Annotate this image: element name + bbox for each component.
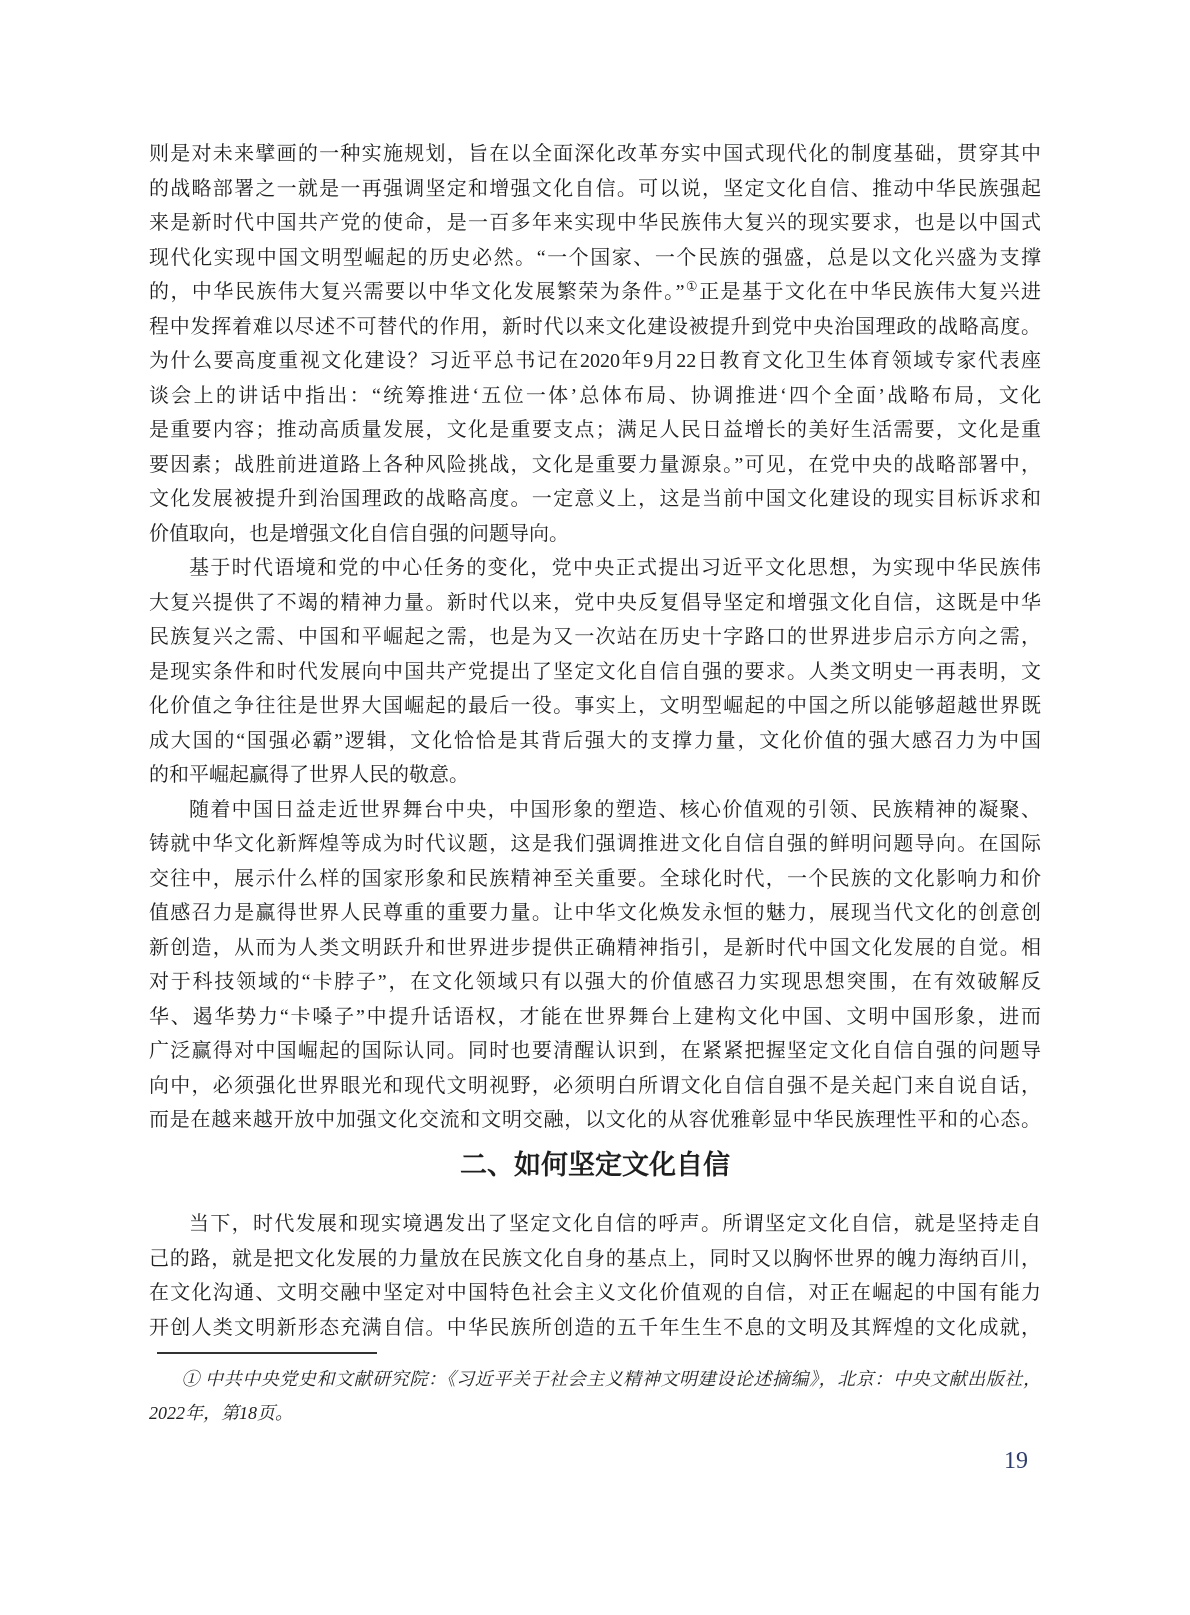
text-line: 开创人类文明新形态充满自信。中华民族所创造的五千年生生不息的文明及其辉煌的文化成… (149, 1311, 1041, 1346)
text-line: 来是新时代中国共产党的使命，是一百多年来实现中华民族伟大复兴的现实要求，也是以中… (149, 206, 1041, 241)
text-line: 广泛赢得对中国崛起的国际认同。同时也要清醒认识到，在紧紧把握坚定文化自信自强的问… (149, 1034, 1041, 1069)
text-line: 民族复兴之需、中国和平崛起之需，也是为又一次站在历史十字路口的世界进步启示方向之… (149, 620, 1041, 655)
text-line: 成大国的“国强必霸”逻辑，文化恰恰是其背后强大的支撑力量，文化价值的强大感召力为… (149, 724, 1041, 759)
body-paragraph: 则是对未来擘画的一种实施规划，旨在以全面深化改革夯实中国式现代化的制度基础，贯穿… (149, 137, 1041, 551)
document-page: 则是对未来擘画的一种实施规划，旨在以全面深化改革夯实中国式现代化的制度基础，贯穿… (0, 0, 1190, 1615)
text-line: 在文化沟通、文明交融中坚定对中国特色社会主义文化价值观的自信，对正在崛起的中国有… (149, 1276, 1041, 1311)
section-heading: 二、如何坚定文化自信 (149, 1147, 1041, 1183)
text-line: 向中，必须强化世界眼光和现代文明视野，必须明白所谓文化自信自强不是关起门来自说自… (149, 1069, 1041, 1104)
text-line: 是现实条件和时代发展向中国共产党提出了坚定文化自信自强的要求。人类文明史一再表明… (149, 655, 1041, 690)
footnote: ① 中共中央党史和文献研究院：《习近平关于社会主义精神文明建设论述摘编》，北京：… (149, 1363, 1041, 1430)
text-line: 交往中，展示什么样的国家形象和民族精神至关重要。全球化时代，一个民族的文化影响力… (149, 862, 1041, 897)
text-line: 化价值之争往往是世界大国崛起的最后一役。事实上，文明型崛起的中国之所以能够超越世… (149, 689, 1041, 724)
text-line: 值感召力是赢得世界人民尊重的重要力量。让中华文化焕发永恒的魅力，展现当代文化的创… (149, 896, 1041, 931)
text-line: 价值取向，也是增强文化自信自强的问题导向。 (149, 517, 1041, 552)
text-line: 己的路，就是把文化发展的力量放在民族文化自身的基点上，同时又以胸怀世界的魄力海纳… (149, 1242, 1041, 1277)
footnote-line: 2022年，第18页。 (149, 1397, 1041, 1431)
text-line: 新创造，从而为人类文明跃升和世界进步提供正确精神指引，是新时代中国文化发展的自觉… (149, 931, 1041, 966)
text-line: 而是在越来越开放中加强文化交流和文明交融，以文化的从容优雅彰显中华民族理性平和的… (149, 1103, 1041, 1138)
text-line: 随着中国日益走近世界舞台中央，中国形象的塑造、核心价值观的引领、民族精神的凝聚、 (149, 793, 1041, 828)
text-line: 现代化实现中国文明型崛起的历史必然。“一个国家、一个民族的强盛，总是以文化兴盛为… (149, 241, 1041, 276)
text-line: 大复兴提供了不竭的精神力量。新时代以来，党中央反复倡导坚定和增强文化自信，这既是… (149, 586, 1041, 621)
text-line: 程中发挥着难以尽述不可替代的作用，新时代以来文化建设被提升到党中央治国理政的战略… (149, 310, 1041, 345)
text-line: 的战略部署之一就是一再强调坚定和增强文化自信。可以说，坚定文化自信、推动中华民族… (149, 172, 1041, 207)
text-line: 为什么要高度重视文化建设？习近平总书记在2020年9月22日教育文化卫生体育领域… (149, 344, 1041, 379)
page-number: 19 (986, 1448, 1046, 1475)
body-paragraph: 当下，时代发展和现实境遇发出了坚定文化自信的呼声。所谓坚定文化自信，就是坚持走自… (149, 1207, 1041, 1345)
text-line: 基于时代语境和党的中心任务的变化，党中央正式提出习近平文化思想，为实现中华民族伟 (149, 551, 1041, 586)
text-line: 当下，时代发展和现实境遇发出了坚定文化自信的呼声。所谓坚定文化自信，就是坚持走自 (149, 1207, 1041, 1242)
text-line: 华、遏华势力“卡嗓子”中提升话语权，才能在世界舞台上建构文化中国、文明中国形象，… (149, 1000, 1041, 1035)
footnote-separator (157, 1352, 377, 1354)
text-line: 谈会上的讲话中指出：“统筹推进‘五位一体’总体布局、协调推进‘四个全面’战略布局… (149, 379, 1041, 414)
text-line: 要因素；战胜前进道路上各种风险挑战，文化是重要力量源泉。”可见，在党中央的战略部… (149, 448, 1041, 483)
text-line: 的和平崛起赢得了世界人民的敬意。 (149, 758, 1041, 793)
body-paragraph: 随着中国日益走近世界舞台中央，中国形象的塑造、核心价值观的引领、民族精神的凝聚、… (149, 793, 1041, 1138)
text-line: 是重要内容；推动高质量发展，文化是重要支点；满足人民日益增长的美好生活需要，文化… (149, 413, 1041, 448)
footnote-reference-marker: ① (684, 278, 699, 293)
text-line: 则是对未来擘画的一种实施规划，旨在以全面深化改革夯实中国式现代化的制度基础，贯穿… (149, 137, 1041, 172)
body-paragraph: 基于时代语境和党的中心任务的变化，党中央正式提出习近平文化思想，为实现中华民族伟… (149, 551, 1041, 793)
text-line: 铸就中华文化新辉煌等成为时代议题，这是我们强调推进文化自信自强的鲜明问题导向。在… (149, 827, 1041, 862)
body-text-bottom: 当下，时代发展和现实境遇发出了坚定文化自信的呼声。所谓坚定文化自信，就是坚持走自… (149, 1207, 1041, 1345)
footnote-line: ① 中共中央党史和文献研究院：《习近平关于社会主义精神文明建设论述摘编》，北京：… (149, 1363, 1041, 1397)
text-line: 对于科技领域的“卡脖子”，在文化领域只有以强大的价值感召力实现思想突围，在有效破… (149, 965, 1041, 1000)
text-line: 文化发展被提升到治国理政的战略高度。一定意义上，这是当前中国文化建设的现实目标诉… (149, 482, 1041, 517)
body-text-top: 则是对未来擘画的一种实施规划，旨在以全面深化改革夯实中国式现代化的制度基础，贯穿… (149, 137, 1041, 1138)
text-line: 的，中华民族伟大复兴需要以中华文化发展繁荣为条件。”①正是基于文化在中华民族伟大… (149, 275, 1041, 310)
